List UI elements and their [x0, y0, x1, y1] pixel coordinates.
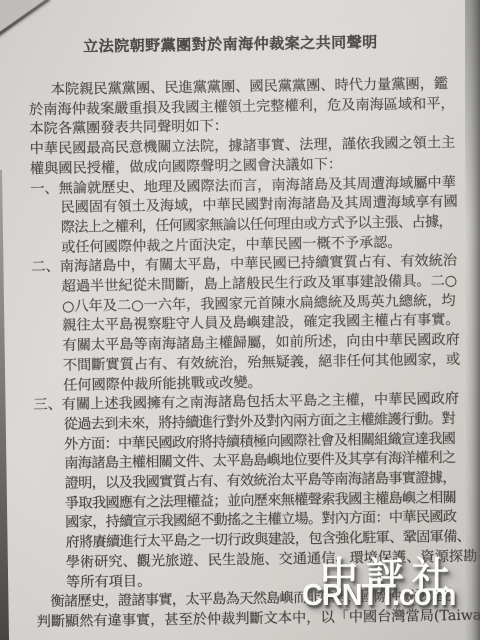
document-photo: 立法院朝野黨團對於南海仲裁案之共同聲明 本院親民黨黨團、民進黨黨團、國民黨黨團、… — [0, 0, 480, 640]
watermark-agency-en: CRNTT.com — [302, 577, 455, 613]
paper-left-edge-shadow — [0, 170, 10, 640]
statement-content: 立法院朝野黨團對於南海仲裁案之共同聲明 本院親民黨黨團、民進黨黨團、國民黨黨團、… — [28, 30, 473, 633]
statement-title: 立法院朝野黨團對於南海仲裁案之共同聲明 — [83, 30, 464, 57]
paper-corner-fold-line — [0, 0, 50, 37]
corner-shade — [0, 0, 52, 40]
